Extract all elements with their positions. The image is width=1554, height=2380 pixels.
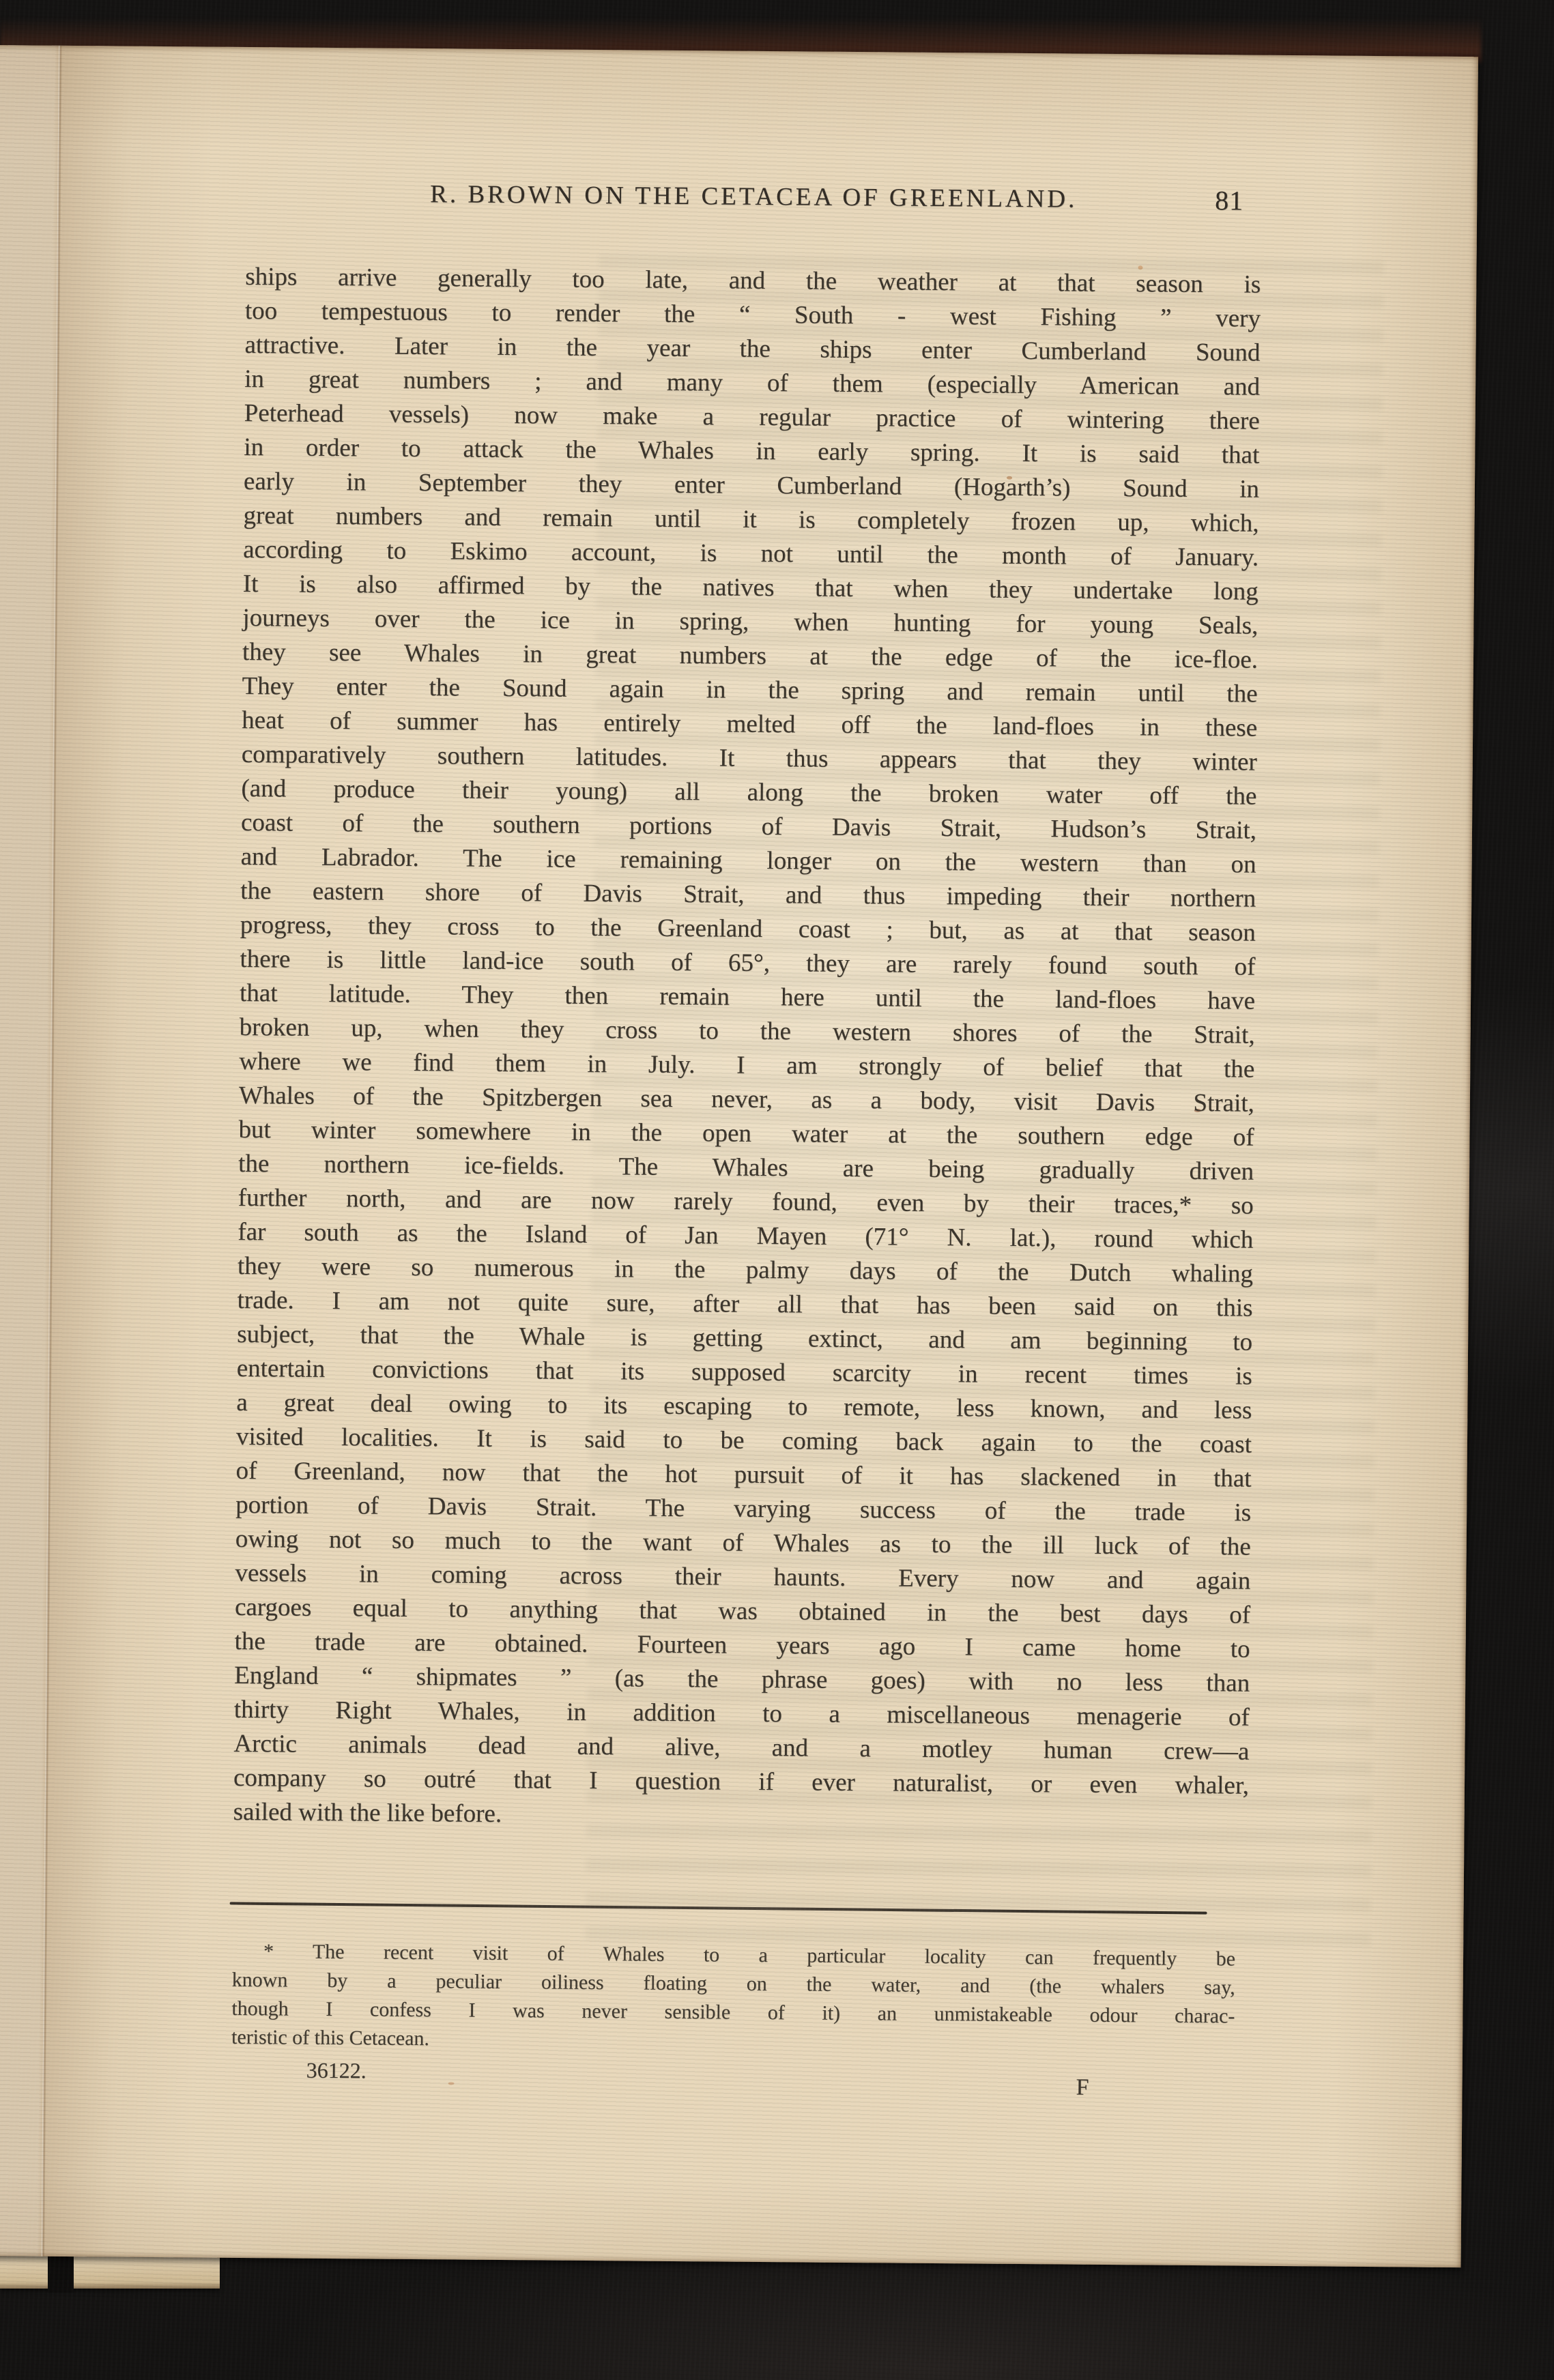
running-title: R. BROWN ON THE CETACEA OF GREENLAND.	[430, 180, 1077, 213]
gutter-crease	[42, 46, 62, 2256]
footnote: * The recent visit of Whales to a partic…	[231, 1937, 1235, 2060]
running-header: R. BROWN ON THE CETACEA OF GREENLAND. 81	[246, 178, 1261, 222]
book-page: R. BROWN ON THE CETACEA OF GREENLAND. 81…	[0, 45, 1478, 2267]
page-number: 81	[1215, 184, 1243, 216]
body-text: ships arrive generally too late, and the…	[233, 260, 1261, 1838]
scanned-book-photo: { "header": { "title": "R. BROWN ON THE …	[0, 0, 1554, 2380]
paper-speck	[448, 2082, 455, 2085]
signature-mark: F	[1076, 2075, 1089, 2101]
printing-code: 36122.	[306, 2058, 366, 2084]
